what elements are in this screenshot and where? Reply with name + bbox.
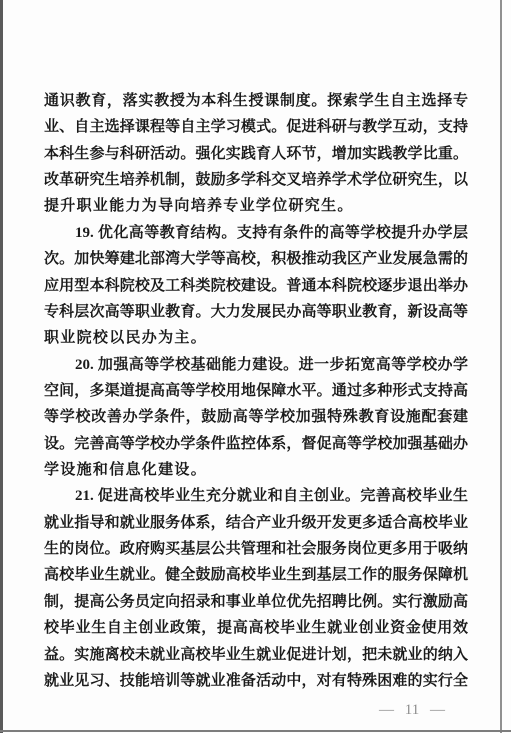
text-line: 业、自主选择课程等自主学习模式。促进科研与教学互动，支持 [44,114,468,140]
text-line: 21. 促进高校毕业生充分就业和自主创业。完善高校毕业生 [44,483,468,509]
text-line: 设。完善高等学校办学条件监控体系，督促高等学校加强基础办 [44,431,468,457]
text-line: 益。实施离校未就业高校毕业生就业促进计划，把未就业的纳入 [44,642,468,668]
scan-right-edge-line [500,0,502,733]
text-line: 应用型本科院校及工科类院校建设。普通本科院校逐步退出举办 [44,273,468,299]
document-page: 通识教育，落实教授为本科生授课制度。探索学生自主选择专业、自主选择课程等自主学习… [0,0,511,733]
text-line: 通识教育，落实教授为本科生授课制度。探索学生自主选择专 [44,88,468,114]
text-line: 次。加快筹建北部湾大学等高校，积极推动我区产业发展急需的 [44,246,468,272]
text-line: 高校毕业生就业。健全鼓励高校毕业生到基层工作的服务保障机 [44,562,468,588]
scan-bottom-edge-line [0,730,511,732]
text-line: 制，提高公务员定向招录和事业单位优先招聘比例。实行激励高 [44,589,468,615]
text-line: 19. 优化高等教育结构。支持有条件的高等学校提升办学层 [44,220,468,246]
text-line: 等学校改善办学条件，鼓励高等学校加强特殊教育设施配套建 [44,404,468,430]
text-line: 生的岗位。政府购买基层公共管理和社会服务岗位更多用于吸纳 [44,536,468,562]
text-line: 校毕业生自主创业政策，提高高校毕业生就业创业资金使用效 [44,615,468,641]
text-line: 职业院校以民办为主。 [44,325,468,351]
page-number: — 11 — [379,702,445,719]
text-line: 专科层次高等职业教育。大力发展民办高等职业教育，新设高等 [44,299,468,325]
text-line: 改革研究生培养机制，鼓励多学科交叉培养学术学位研究生，以 [44,167,468,193]
scan-left-edge-line [0,0,3,733]
text-line: 就业见习、技能培训等就业准备活动中，对有特殊困难的实行全 [44,668,468,694]
text-line: 20. 加强高等学校基础能力建设。进一步拓宽高等学校办学 [44,352,468,378]
text-line: 本科生参与科研活动。强化实践育人环节，增加实践教学比重。 [44,141,468,167]
text-line: 空间，多渠道提高高等学校用地保障水平。通过多种形式支持高 [44,378,468,404]
text-block: 通识教育，落实教授为本科生授课制度。探索学生自主选择专业、自主选择课程等自主学习… [44,88,468,694]
text-line: 学设施和信息化建设。 [44,457,468,483]
text-line: 就业指导和就业服务体系，结合产业升级开发更多适合高校毕业 [44,510,468,536]
text-line: 提升职业能力为导向培养专业学位研究生。 [44,193,468,219]
